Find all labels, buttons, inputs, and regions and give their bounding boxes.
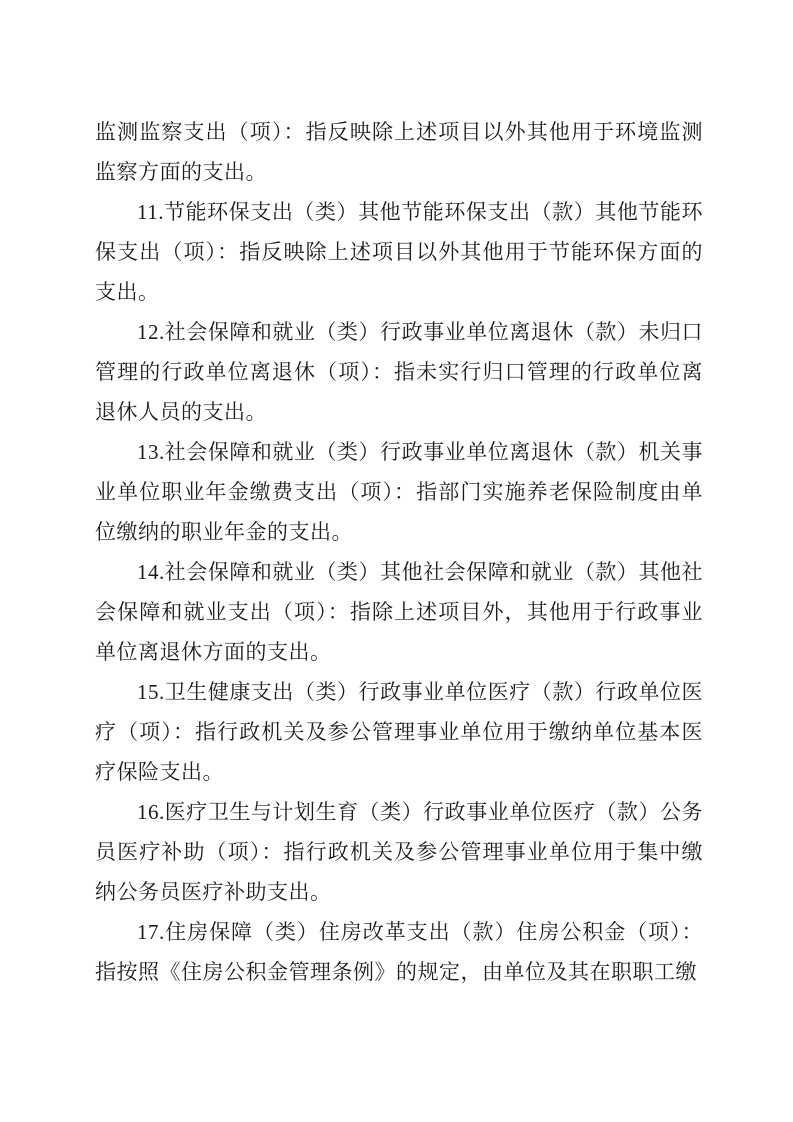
paragraph-item-17: 17.住房保障（类）住房改革支出（款）住房公积金（项）：指按照《住房公积金管理条… bbox=[95, 912, 703, 992]
paragraph-item-13: 13.社会保障和就业（类）行政事业单位离退休（款）机关事业单位职业年金缴费支出（… bbox=[95, 432, 703, 552]
page-text-content: 监测监察支出（项）：指反映除上述项目以外其他用于环境监测监察方面的支出。 11.… bbox=[95, 112, 703, 992]
paragraph-item-14: 14.社会保障和就业（类）其他社会保障和就业（款）其他社会保障和就业支出（项）：… bbox=[95, 552, 703, 672]
paragraph-item-15: 15.卫生健康支出（类）行政事业单位医疗（款）行政单位医疗（项）：指行政机关及参… bbox=[95, 672, 703, 792]
paragraph-continuation: 监测监察支出（项）：指反映除上述项目以外其他用于环境监测监察方面的支出。 bbox=[95, 112, 703, 192]
paragraph-item-11: 11.节能环保支出（类）其他节能环保支出（款）其他节能环保支出（项）：指反映除上… bbox=[95, 192, 703, 312]
paragraph-item-12: 12.社会保障和就业（类）行政事业单位离退休（款）未归口管理的行政单位离退休（项… bbox=[95, 312, 703, 432]
document-page: 监测监察支出（项）：指反映除上述项目以外其他用于环境监测监察方面的支出。 11.… bbox=[0, 0, 793, 1122]
paragraph-item-16: 16.医疗卫生与计划生育（类）行政事业单位医疗（款）公务员医疗补助（项）：指行政… bbox=[95, 792, 703, 912]
